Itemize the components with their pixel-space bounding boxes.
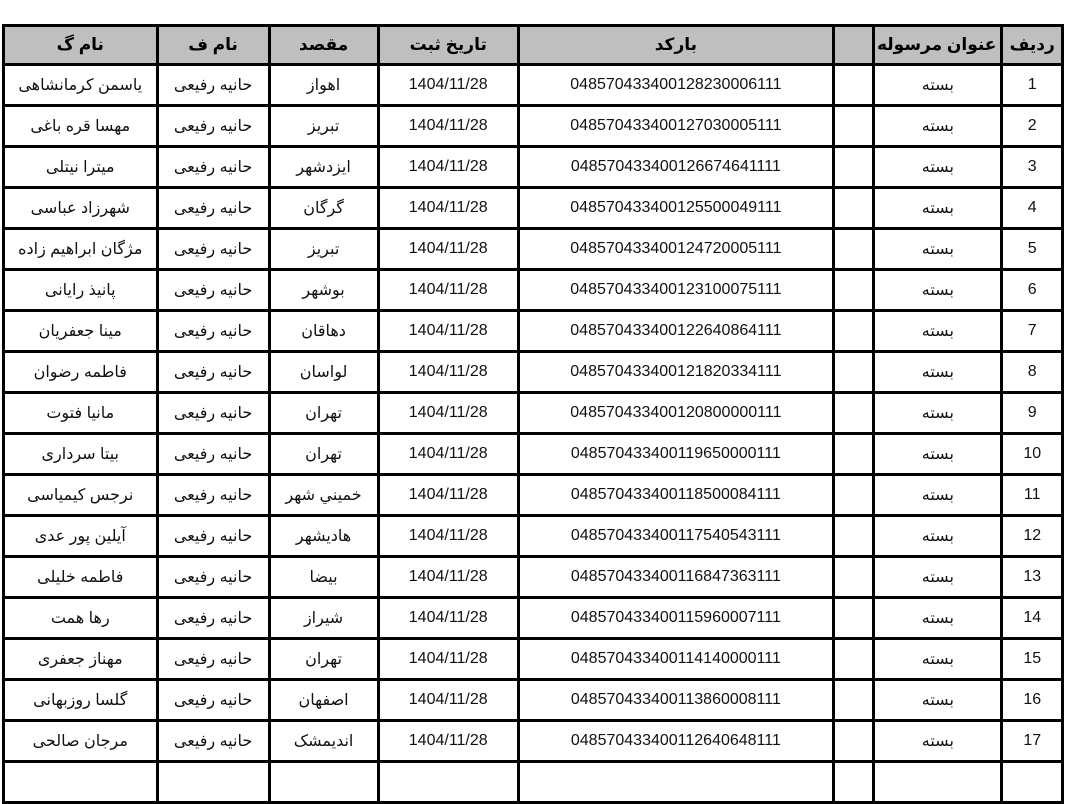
cell-title: بسته [874,680,1002,721]
cell-row [1002,762,1063,772]
cell-date: 1404/11/28 [378,270,518,311]
cell-spacer [833,311,873,352]
cell-barcode [518,762,833,772]
column-header-title: عنوان مرسوله [874,26,1002,65]
cell-title: بسته [874,639,1002,680]
table-row: 3بسته0485704334001266746411111404/11/28ا… [4,147,1063,188]
cell-date: 1404/11/28 [378,475,518,516]
cell-spacer [833,557,873,598]
cell-barcode: 048570433400118500084111 [518,475,833,516]
table-row: 2بسته0485704334001270300051111404/11/28ت… [4,106,1063,147]
cell-spacer [833,106,873,147]
cell-title: بسته [874,270,1002,311]
cell-fname: حانیه رفیعی [157,229,269,270]
cell-fname: حانیه رفیعی [157,147,269,188]
cell-barcode: 048570433400113860008111 [518,680,833,721]
cell-spacer [833,434,873,475]
cell-dest: تبریز [269,229,378,270]
cell-row: 2 [1002,106,1063,147]
cell-gname: مهسا قره باغی [4,106,158,147]
cell-gname: فاطمه خلیلی [4,557,158,598]
cell-title: بسته [874,434,1002,475]
cell-dest: اندیمشک [269,721,378,762]
cell-row: 13 [1002,557,1063,598]
cell-gname: میترا نیتلی [4,147,158,188]
cell-spacer [833,229,873,270]
cell-row: 9 [1002,393,1063,434]
cell-title: بسته [874,516,1002,557]
cell-dest: بوشهر [269,270,378,311]
cell-row: 12 [1002,516,1063,557]
cell-date: 1404/11/28 [378,516,518,557]
cell-gname: بیتا سرداری [4,434,158,475]
cell-fname: حانیه رفیعی [157,270,269,311]
cell-gname: شهرزاد عباسی [4,188,158,229]
cell-title: بسته [874,721,1002,762]
cell-gname: گلسا روزبهانی [4,680,158,721]
cell-row: 11 [1002,475,1063,516]
cell-date: 1404/11/28 [378,311,518,352]
cell-row: 7 [1002,311,1063,352]
cell-spacer [833,639,873,680]
cell-fname: حانیه رفیعی [157,393,269,434]
header-row: ردیفعنوان مرسولهبارکدتاریخ ثبتمقصدنام فن… [4,26,1063,65]
cell-row: 5 [1002,229,1063,270]
cell-date: 1404/11/28 [378,352,518,393]
table-row: 7بسته0485704334001226408641111404/11/28د… [4,311,1063,352]
cell-row: 17 [1002,721,1063,762]
column-header-gname: نام گ [4,26,158,65]
cell-barcode: 048570433400126674641111 [518,147,833,188]
cell-gname: رها همت [4,598,158,639]
cell-row: 3 [1002,147,1063,188]
cell-barcode: 048570433400127030005111 [518,106,833,147]
cell-date: 1404/11/28 [378,434,518,475]
cell-barcode: 048570433400124720005111 [518,229,833,270]
cell-row: 10 [1002,434,1063,475]
cell-dest: تهران [269,393,378,434]
cell-title: بسته [874,311,1002,352]
cell-dest: بیضا [269,557,378,598]
cell-gname: مهناز جعفری [4,639,158,680]
table-row: 13بسته0485704334001168473631111404/11/28… [4,557,1063,598]
cell-fname: حانیه رفیعی [157,434,269,475]
cell-date: 1404/11/28 [378,557,518,598]
cell-date: 1404/11/28 [378,65,518,106]
cell-fname: حانیه رفیعی [157,188,269,229]
cell-dest: شیراز [269,598,378,639]
cell-fname: حانیه رفیعی [157,106,269,147]
table-row: 11بسته0485704334001185000841111404/11/28… [4,475,1063,516]
cell-fname [157,762,269,772]
table-row: 1بسته0485704334001282300061111404/11/28ا… [4,65,1063,106]
table-row: 17بسته0485704334001126406481111404/11/28… [4,721,1063,762]
cell-spacer [833,516,873,557]
cell-dest: ایزدشهر [269,147,378,188]
cell-title: بسته [874,393,1002,434]
cell-row: 6 [1002,270,1063,311]
cell-dest: تهران [269,639,378,680]
cell-spacer [833,352,873,393]
shipments-table-container: ردیفعنوان مرسولهبارکدتاریخ ثبتمقصدنام فن… [2,24,1064,771]
cell-spacer [833,147,873,188]
cell-title: بسته [874,352,1002,393]
cell-fname: حانیه رفیعی [157,639,269,680]
column-header-row: ردیف [1002,26,1063,65]
cell-row: 8 [1002,352,1063,393]
cell-dest: تبریز [269,106,378,147]
column-header-spacer [833,26,873,65]
cell-barcode: 048570433400117540543111 [518,516,833,557]
cell-title: بسته [874,147,1002,188]
cell-barcode: 048570433400128230006111 [518,65,833,106]
cell-barcode: 048570433400120800000111 [518,393,833,434]
column-header-barcode: بارکد [518,26,833,65]
cell-dest: گرگان [269,188,378,229]
cell-gname: فاطمه رضوان [4,352,158,393]
cell-barcode: 048570433400122640864111 [518,311,833,352]
cell-barcode: 048570433400116847363111 [518,557,833,598]
cell-dest: هادیشهر [269,516,378,557]
cell-gname: یاسمن کرمانشاهی [4,65,158,106]
cell-row: 1 [1002,65,1063,106]
table-body: 1بسته0485704334001282300061111404/11/28ا… [4,65,1063,772]
cell-title: بسته [874,229,1002,270]
cell-dest: خميني شهر [269,475,378,516]
cell-date: 1404/11/28 [378,598,518,639]
cell-dest: تهران [269,434,378,475]
cell-gname: مژگان ابراهیم زاده [4,229,158,270]
cell-date: 1404/11/28 [378,680,518,721]
table-row: 4بسته0485704334001255000491111404/11/28گ… [4,188,1063,229]
cell-dest: دهاقان [269,311,378,352]
table-row [4,762,1063,772]
cell-spacer [833,762,873,772]
cell-row: 16 [1002,680,1063,721]
cell-spacer [833,393,873,434]
cell-date: 1404/11/28 [378,229,518,270]
cell-gname: نرجس کیمیاسی [4,475,158,516]
shipments-table: ردیفعنوان مرسولهبارکدتاریخ ثبتمقصدنام فن… [2,24,1064,771]
cell-fname: حانیه رفیعی [157,557,269,598]
cell-spacer [833,475,873,516]
cell-row: 14 [1002,598,1063,639]
cell-gname: مینا جعفریان [4,311,158,352]
cell-barcode: 048570433400119650000111 [518,434,833,475]
cell-dest: لواسان [269,352,378,393]
cell-date: 1404/11/28 [378,188,518,229]
table-row: 6بسته0485704334001231000751111404/11/28ب… [4,270,1063,311]
cell-fname: حانیه رفیعی [157,475,269,516]
cell-barcode: 048570433400114140000111 [518,639,833,680]
cell-title: بسته [874,106,1002,147]
cell-fname: حانیه رفیعی [157,352,269,393]
cell-barcode: 048570433400123100075111 [518,270,833,311]
cell-date [378,762,518,772]
table-row: 12بسته0485704334001175405431111404/11/28… [4,516,1063,557]
cell-spacer [833,680,873,721]
cell-dest: اصفهان [269,680,378,721]
cell-gname: مرجان صالحی [4,721,158,762]
cell-spacer [833,270,873,311]
cell-title: بسته [874,557,1002,598]
cell-date: 1404/11/28 [378,639,518,680]
cell-row: 15 [1002,639,1063,680]
cell-fname: حانیه رفیعی [157,65,269,106]
cell-gname: پانیذ رایانی [4,270,158,311]
cell-dest [269,762,378,772]
column-header-date: تاریخ ثبت [378,26,518,65]
cell-fname: حانیه رفیعی [157,598,269,639]
table-row: 10بسته0485704334001196500001111404/11/28… [4,434,1063,475]
cell-barcode: 048570433400112640648111 [518,721,833,762]
cell-title: بسته [874,65,1002,106]
table-row: 14بسته0485704334001159600071111404/11/28… [4,598,1063,639]
cell-date: 1404/11/28 [378,721,518,762]
cell-barcode: 048570433400125500049111 [518,188,833,229]
cell-fname: حانیه رفیعی [157,311,269,352]
table-row: 9بسته0485704334001208000001111404/11/28ت… [4,393,1063,434]
cell-title: بسته [874,598,1002,639]
cell-date: 1404/11/28 [378,393,518,434]
cell-gname: آیلین پور عدی [4,516,158,557]
column-header-fname: نام ف [157,26,269,65]
table-row: 15بسته0485704334001141400001111404/11/28… [4,639,1063,680]
cell-fname: حانیه رفیعی [157,721,269,762]
cell-gname [4,762,158,772]
cell-row: 4 [1002,188,1063,229]
cell-title: بسته [874,188,1002,229]
cell-gname: مانیا فتوت [4,393,158,434]
cell-date: 1404/11/28 [378,147,518,188]
column-header-dest: مقصد [269,26,378,65]
cell-spacer [833,598,873,639]
cell-fname: حانیه رفیعی [157,680,269,721]
cell-title: بسته [874,475,1002,516]
cell-title [874,762,1002,772]
cell-spacer [833,65,873,106]
cell-date: 1404/11/28 [378,106,518,147]
cell-dest: اهواز [269,65,378,106]
table-row: 16بسته0485704334001138600081111404/11/28… [4,680,1063,721]
cell-spacer [833,721,873,762]
cell-spacer [833,188,873,229]
cell-barcode: 048570433400121820334111 [518,352,833,393]
cell-barcode: 048570433400115960007111 [518,598,833,639]
table-row: 8بسته0485704334001218203341111404/11/28ل… [4,352,1063,393]
table-row: 5بسته0485704334001247200051111404/11/28ت… [4,229,1063,270]
cell-fname: حانیه رفیعی [157,516,269,557]
